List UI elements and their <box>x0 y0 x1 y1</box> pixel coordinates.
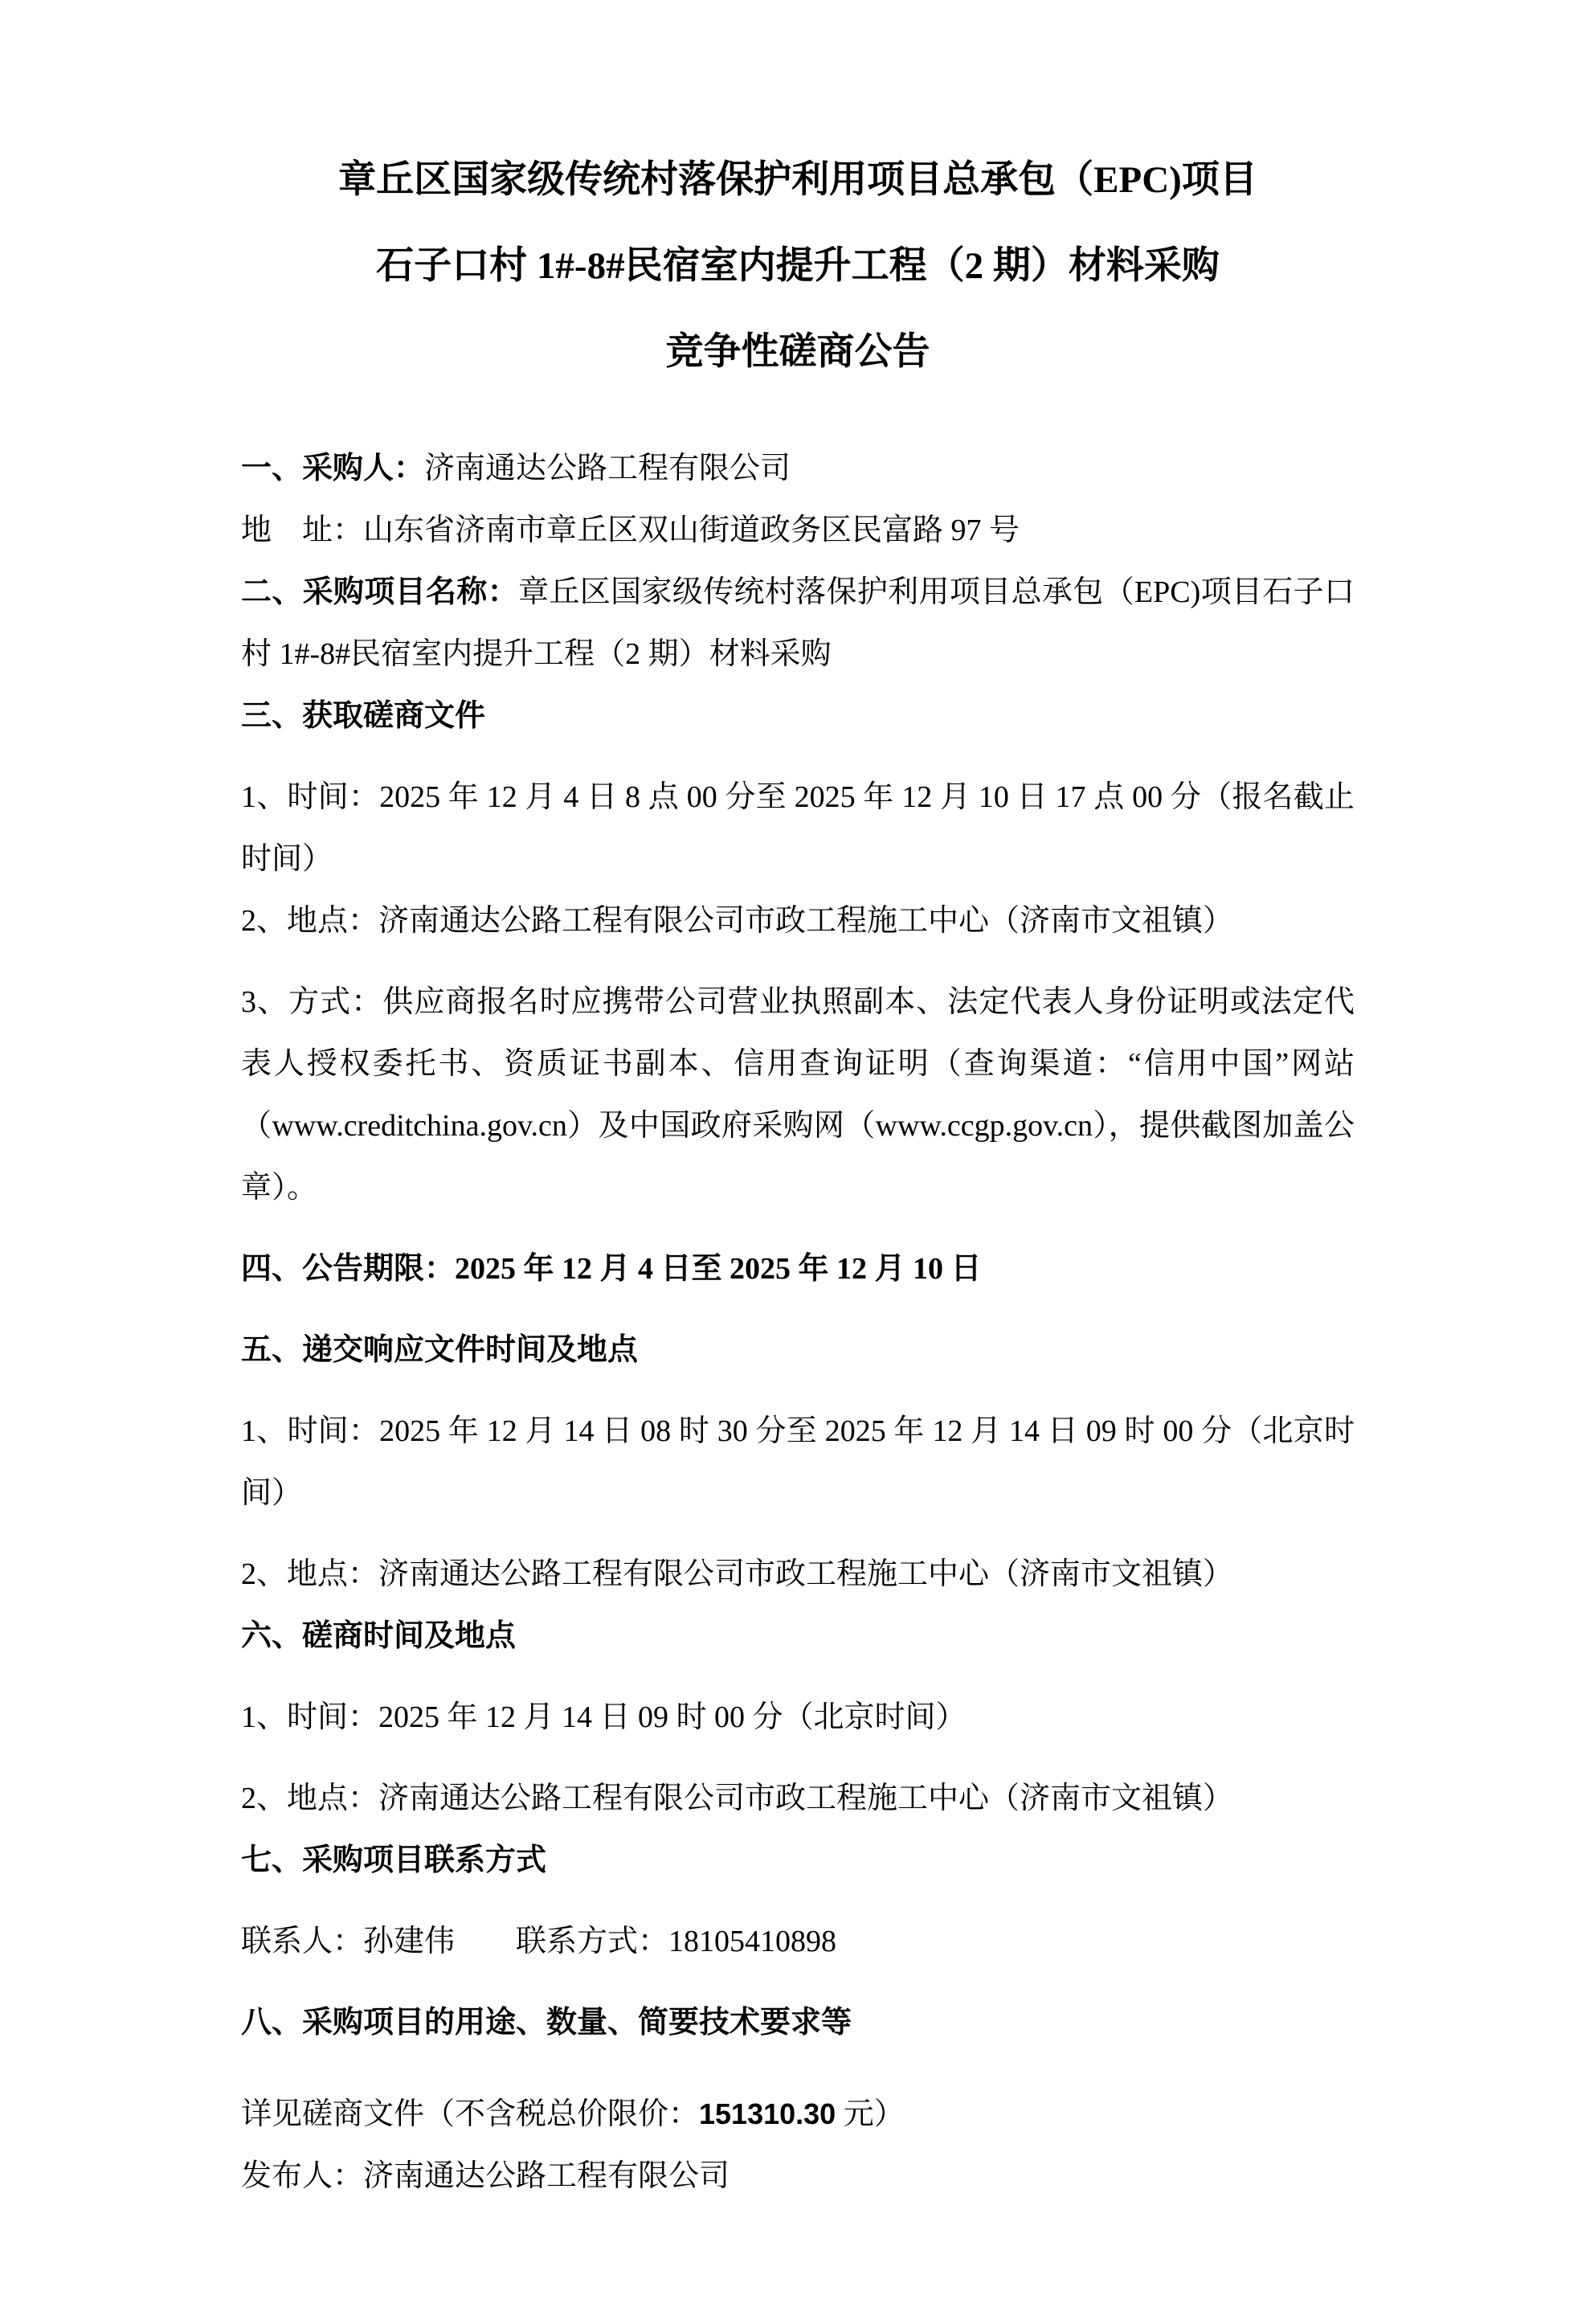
text-run: 详见磋商文件（不含税总价限价： <box>241 2097 699 2131</box>
heading-project-requirements: 八、采购项目的用途、数量、简要技术要求等 <box>241 1992 1355 2054</box>
paragraph-publisher: 发布人：济南通达公路工程有限公司 <box>241 2146 1355 2207</box>
paragraph-consultation-time: 1、时间：2025 年 12 月 14 日 09 时 00 分（北京时间） <box>241 1687 1355 1749</box>
text-run: 济南通达公路工程有限公司 <box>424 452 791 485</box>
paragraph-price-limit: 详见磋商文件（不含税总价限价：151310.30 元） <box>241 2083 1355 2146</box>
text-run: 三、获取磋商文件 <box>241 699 485 733</box>
heading-announcement-period: 四、公告期限：2025 年 12 月 4 日至 2025 年 12 月 10 日 <box>241 1238 1355 1300</box>
paragraph-submission-time: 1、时间：2025 年 12 月 14 日 08 时 30 分至 2025 年 … <box>241 1401 1355 1524</box>
text-run: 八、采购项目的用途、数量、简要技术要求等 <box>241 2006 852 2040</box>
paragraph-consultation-location: 2、地点：济南通达公路工程有限公司市政工程施工中心（济南市文祖镇） <box>241 1768 1355 1830</box>
text-run: 2、地点：济南通达公路工程有限公司市政工程施工中心（济南市文祖镇） <box>241 1782 1233 1815</box>
text-run: 2、地点：济南通达公路工程有限公司市政工程施工中心（济南市文祖镇） <box>241 1557 1233 1591</box>
text-run: 联系人：孙建伟 联系方式：18105410898 <box>241 1925 836 1958</box>
text-run: 六、磋商时间及地点 <box>241 1619 516 1653</box>
heading-response-submission: 五、递交响应文件时间及地点 <box>241 1320 1355 1381</box>
title-line-3: 竞争性磋商公告 <box>241 309 1355 395</box>
heading-contact-info: 七、采购项目联系方式 <box>241 1830 1355 1892</box>
text-run: 2、地点：济南通达公路工程有限公司市政工程施工中心（济南市文祖镇） <box>241 904 1233 938</box>
text-run: 五、递交响应文件时间及地点 <box>241 1333 638 1367</box>
text-run: 3、方式：供应商报名时应携带公司营业执照副本、法定代表人身份证明或法定代表人授权… <box>241 985 1355 1205</box>
text-run: 一、采购人： <box>241 452 424 485</box>
title-line-2: 石子口村 1#-8#民宿室内提升工程（2 期）材料采购 <box>241 223 1355 309</box>
document-title: 章丘区国家级传统村落保护利用项目总承包（EPC)项目 石子口村 1#-8#民宿室… <box>241 137 1355 395</box>
text-run: 四、公告期限：2025 年 12 月 4 日至 2025 年 12 月 10 日 <box>241 1252 982 1286</box>
text-run: 1、时间：2025 年 12 月 14 日 09 时 00 分（北京时间） <box>241 1700 967 1734</box>
paragraph-obtain-method: 3、方式：供应商报名时应携带公司营业执照副本、法定代表人身份证明或法定代表人授权… <box>241 972 1355 1219</box>
text-run: 元） <box>836 2097 905 2131</box>
paragraph-submission-location: 2、地点：济南通达公路工程有限公司市政工程施工中心（济南市文祖镇） <box>241 1544 1355 1606</box>
text-run: 七、采购项目联系方式 <box>241 1843 546 1877</box>
text-run: 地 址：山东省济南市章丘区双山街道政务区民富路 97 号 <box>241 513 1020 547</box>
text-run: 发布人：济南通达公路工程有限公司 <box>241 2159 730 2193</box>
document-page: 章丘区国家级传统村落保护利用项目总承包（EPC)项目 石子口村 1#-8#民宿室… <box>0 0 1594 2324</box>
paragraph-project-name: 二、采购项目名称：章丘区国家级传统村落保护利用项目总承包（EPC)项目石子口村 … <box>241 562 1355 685</box>
paragraph-contact: 联系人：孙建伟 联系方式：18105410898 <box>241 1911 1355 1973</box>
paragraph-address: 地 址：山东省济南市章丘区双山街道政务区民富路 97 号 <box>241 500 1355 562</box>
title-line-1: 章丘区国家级传统村落保护利用项目总承包（EPC)项目 <box>241 137 1355 223</box>
paragraph-purchaser: 一、采购人：济南通达公路工程有限公司 <box>241 438 1355 500</box>
price-limit-value: 151310.30 <box>699 2097 836 2130</box>
text-run: 二、采购项目名称： <box>241 575 518 609</box>
text-run: 1、时间：2025 年 12 月 14 日 08 时 30 分至 2025 年 … <box>241 1414 1355 1510</box>
paragraph-obtain-time: 1、时间：2025 年 12 月 4 日 8 点 00 分至 2025 年 12… <box>241 767 1355 890</box>
heading-obtain-documents: 三、获取磋商文件 <box>241 685 1355 747</box>
text-run: 1、时间：2025 年 12 月 4 日 8 点 00 分至 2025 年 12… <box>241 780 1355 876</box>
heading-consultation-time-location: 六、磋商时间及地点 <box>241 1606 1355 1667</box>
paragraph-obtain-location: 2、地点：济南通达公路工程有限公司市政工程施工中心（济南市文祖镇） <box>241 890 1355 952</box>
